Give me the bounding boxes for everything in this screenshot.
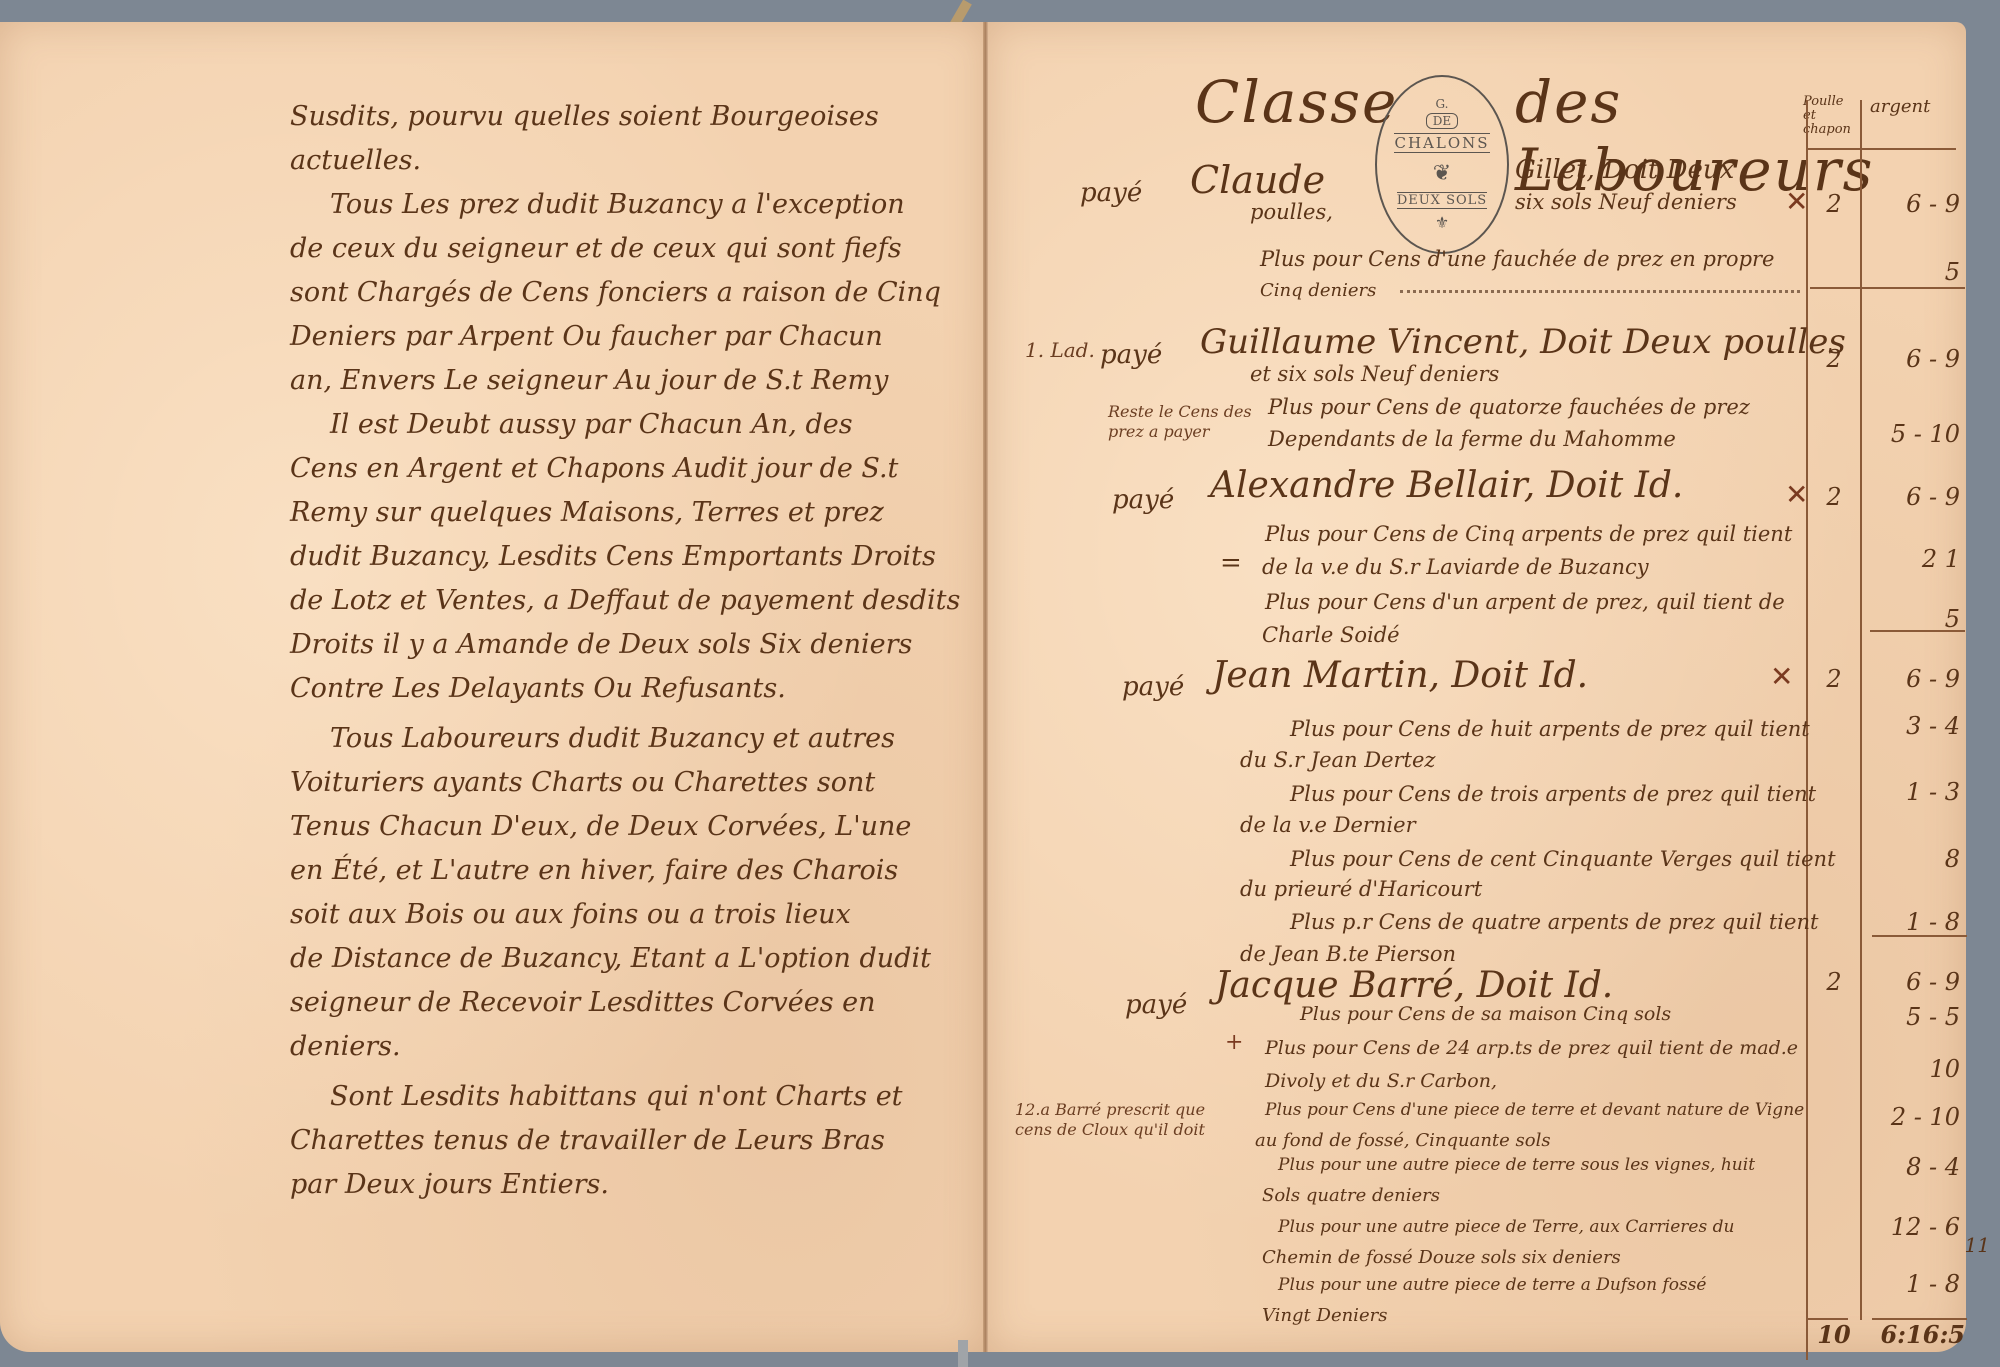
argent-amount: 1 - 8 (1880, 908, 1960, 936)
argent-amount: 1 - 8 (1880, 1270, 1960, 1298)
entry-line: Plus pour Cens de trois arpents de prez … (1290, 782, 1816, 806)
equals-mark: = (1220, 548, 1242, 578)
margin-note: 12.a Barré prescrit que cens de Cloux qu… (1015, 1100, 1205, 1140)
entry-line: Plus pour Cens d'une fauchée de prez en … (1260, 247, 1774, 271)
entry-line: Plus pour Cens de 24 arp.ts de prez quil… (1265, 1037, 1798, 1059)
margin-note: Reste le Cens des prez a payer (1108, 402, 1252, 442)
left-page-text: Susdits, pourvu quelles soient Bourgeois… (290, 95, 970, 1207)
entry-line: Plus pour Cens de huit arpents de prez q… (1290, 717, 1810, 741)
manuscript-line: Sont Lesdits habittans qui n'ont Charts … (290, 1075, 970, 1119)
margin-note-line: Reste le Cens des (1108, 402, 1252, 422)
entry-line: Plus pour Cens de cent Cinquante Verges … (1290, 847, 1836, 871)
entry-line: Charle Soidé (1262, 623, 1400, 647)
poules-amount: 2 (1804, 345, 1864, 373)
margin-note-line: prez a payer (1108, 422, 1252, 442)
manuscript-line: actuelles. (290, 139, 970, 183)
entry-line: Plus pour une autre piece de terre sous … (1278, 1155, 1755, 1175)
argent-amount: 2 - 10 (1880, 1103, 1960, 1131)
entry-line: Plus pour Cens de sa maison Cinq sols (1300, 1003, 1671, 1025)
argent-amount: 6 - 9 (1880, 665, 1960, 693)
entry-line: de la v.e Dernier (1240, 813, 1416, 837)
entry-line: Dependants de la ferme du Mahomme (1268, 427, 1676, 451)
cross-mark: ✕ (1770, 660, 1793, 693)
manuscript-line: par Deux jours Entiers. (290, 1163, 970, 1207)
entry-line: Plus pour Cens d'un arpent de prez, quil… (1265, 590, 1785, 614)
argent-total: 6:16:5 (1870, 1320, 1965, 1349)
bookmark-ribbon-bottom (958, 1340, 968, 1367)
plus-mark: + (1225, 1030, 1243, 1055)
margin-note: 1. Lad. (1025, 340, 1095, 360)
entry-line: Divoly et du S.r Carbon, (1265, 1070, 1497, 1092)
argent-amount: 3 - 4 (1880, 712, 1960, 740)
manuscript-line: Charettes tenus de travailler de Leurs B… (290, 1119, 970, 1163)
tenant-name: Jean Martin, Doit Id. (1212, 655, 1588, 696)
entry-line: du prieuré d'Haricourt (1240, 877, 1482, 901)
stamp-deux-sols: DEUX SOLS (1397, 192, 1487, 209)
manuscript-line: en Été, et L'autre en hiver, faire des C… (290, 849, 970, 893)
entry-line: six sols Neuf deniers (1515, 190, 1737, 214)
side-mark: 11 (1960, 1233, 1990, 1257)
argent-amount: 10 (1880, 1055, 1960, 1083)
column-rule-middle (1860, 100, 1862, 1320)
column-header-argent: argent (1870, 100, 1930, 114)
fleur-de-lis-icon: ⚜ (1435, 213, 1449, 232)
tenant-name: Jacque Barré, Doit Id. (1215, 965, 1613, 1006)
argent-amount: 8 (1880, 845, 1960, 873)
entry-rule-1 (1810, 287, 1965, 289)
manuscript-line: seigneur de Recevoir Lesdittes Corvées e… (290, 981, 970, 1069)
manuscript-line: Susdits, pourvu quelles soient Bourgeois… (290, 95, 970, 139)
entry-line: Plus pour une autre piece de Terre, aux … (1278, 1217, 1734, 1237)
column-header-poules: Poulle et chapon (1803, 95, 1851, 137)
tenant-name-last: Gillet, Doit Deux (1515, 155, 1734, 185)
stamp-letter: G. (1436, 97, 1449, 111)
paid-mark: payé (1125, 990, 1187, 1020)
argent-amount: 2 1 (1880, 545, 1960, 573)
argent-amount: 6 - 9 (1880, 190, 1960, 218)
entry-line: au fond de fossé, Cinquante sols (1255, 1130, 1551, 1151)
entry-line: Chemin de fossé Douze sols six deniers (1262, 1247, 1621, 1268)
poules-amount: 2 (1804, 665, 1864, 693)
entry-line: Plus p.r Cens de quatre arpents de prez … (1290, 910, 1818, 934)
tenant-name-first: Claude (1190, 158, 1325, 202)
entry-line: Sols quatre deniers (1262, 1185, 1440, 1206)
manuscript-line: Voituriers ayants Charts ou Charettes so… (290, 761, 970, 805)
argent-amount: 6 - 9 (1880, 968, 1960, 996)
stamp-de: DE (1426, 113, 1458, 129)
manuscript-line: Tenus Chacun D'eux, de Deux Corvées, L'u… (290, 805, 970, 849)
entry-line: Plus pour Cens de Cinq arpents de prez q… (1265, 522, 1792, 546)
entry-line: de Jean B.te Pierson (1240, 942, 1456, 966)
entry-line: Plus pour une autre piece de terre a Duf… (1278, 1275, 1707, 1295)
entry-line: Vingt Deniers (1262, 1305, 1387, 1326)
argent-amount: 5 - 5 (1880, 1003, 1960, 1031)
poules-amount: 2 (1804, 968, 1864, 996)
entry-line: de la v.e du S.r Laviarde de Buzancy (1262, 555, 1649, 579)
manuscript-line: an, Envers Le seigneur Au jour de S.t Re… (290, 359, 970, 403)
header-rule (1806, 148, 1956, 150)
manuscript-line: sont Chargés de Cens fonciers a raison d… (290, 271, 970, 315)
argent-amount: 8 - 4 (1880, 1153, 1960, 1181)
manuscript-line: Contre Les Delayants Ou Refusants. (290, 667, 970, 711)
manuscript-line: Il est Deubt aussy par Chacun An, des (290, 403, 970, 447)
manuscript-line: Tous Laboureurs dudit Buzancy et autres (290, 717, 970, 761)
manuscript-line: Droits il y a Amande de Deux sols Six de… (290, 623, 970, 667)
manuscript-line: de Distance de Buzancy, Etant a L'option… (290, 937, 970, 981)
manuscript-line: Remy sur quelques Maisons, Terres et pre… (290, 491, 970, 535)
argent-amount: 5 (1880, 258, 1960, 286)
manuscript-line: Tous Les prez dudit Buzancy a l'exceptio… (290, 183, 970, 227)
tax-stamp-chalons: G. DE CHALONS ❦ DEUX SOLS ⚜ (1375, 75, 1509, 254)
entry-line: du S.r Jean Dertez (1240, 748, 1435, 772)
poules-total: 10 (1804, 1320, 1864, 1349)
tenant-name: Alexandre Bellair, Doit Id. (1210, 465, 1683, 506)
entry-line: et six sols Neuf deniers (1250, 362, 1499, 386)
argent-amount: 12 - 6 (1880, 1213, 1960, 1241)
tenant-name: Guillaume Vincent, Doit Deux poulles (1200, 322, 1846, 362)
margin-note-line: cens de Cloux qu'il doit (1015, 1120, 1205, 1140)
argent-amount: 5 - 10 (1880, 420, 1960, 448)
paid-mark: payé (1100, 340, 1162, 370)
poules-amount: 2 (1804, 190, 1864, 218)
paid-mark: payé (1112, 485, 1174, 515)
manuscript-line: dudit Buzancy, Lesdits Cens Emportants D… (290, 535, 970, 579)
entry-line: Cinq deniers (1260, 280, 1376, 301)
argent-amount: 6 - 9 (1880, 345, 1960, 373)
entry-line: poulles, (1250, 200, 1333, 224)
manuscript-line: Deniers par Arpent Ou faucher par Chacun (290, 315, 970, 359)
manuscript-line: soit aux Bois ou aux foins ou a trois li… (290, 893, 970, 937)
entry-line: Plus pour Cens d'une piece de terre et d… (1265, 1100, 1804, 1120)
poules-amount: 2 (1804, 483, 1864, 511)
argent-amount: 6 - 9 (1880, 483, 1960, 511)
manuscript-line: de ceux du seigneur et de ceux qui sont … (290, 227, 970, 271)
margin-note-line: 12.a Barré prescrit que (1015, 1100, 1205, 1120)
argent-amount: 5 (1880, 605, 1960, 633)
leader-dots (1400, 290, 1800, 293)
stamp-ornament-icon: ❦ (1433, 161, 1451, 186)
paid-mark: payé (1080, 178, 1142, 208)
entry-line: Plus pour Cens de quatorze fauchées de p… (1268, 395, 1750, 419)
manuscript-line: Cens en Argent et Chapons Audit jour de … (290, 447, 970, 491)
paid-mark: payé (1122, 672, 1184, 702)
stamp-chalons: CHALONS (1394, 133, 1489, 153)
page-title-classe: Classe (1195, 68, 1398, 136)
argent-amount: 1 - 3 (1880, 778, 1960, 806)
manuscript-line: de Lotz et Ventes, a Deffaut de payement… (290, 579, 970, 623)
